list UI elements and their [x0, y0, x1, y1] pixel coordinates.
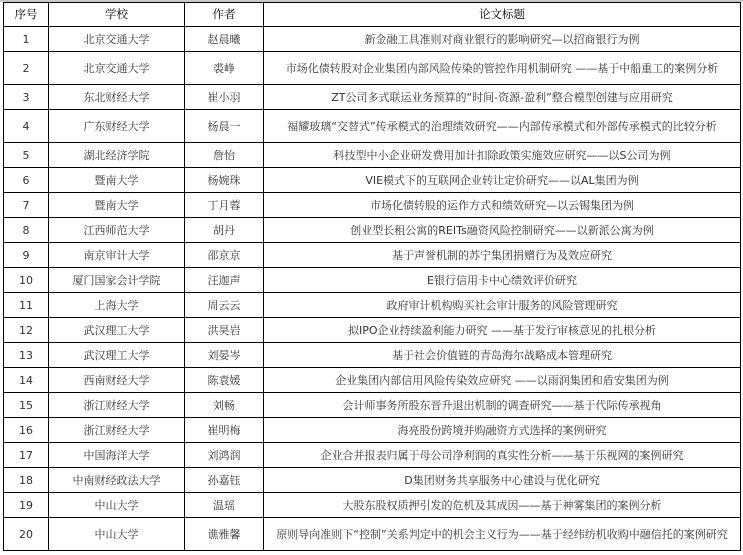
paper-title-cell: 拟IPO企业持续盈利能力研究 ——基于发行审核意见的扎根分析	[264, 318, 741, 343]
school-cell: 暨南大学	[49, 168, 185, 193]
paper-title-cell: 政府审计机构购买社会审计服务的风险管理研究	[264, 293, 741, 318]
author-cell: 谯雅馨	[185, 518, 264, 551]
school-cell: 湖北经济学院	[49, 143, 185, 168]
school-cell: 厦门国家会计学院	[49, 268, 185, 293]
row-number-cell: 1	[4, 27, 49, 52]
table-row: 14西南财经大学陈袁媛企业集团内部信用风险传染效应研究 ——以雨润集团和盾安集团…	[4, 368, 741, 393]
table-row: 3东北财经大学崔小羽ZT公司多式联运业务预算的“时间-资源-盈利”整合模型创建与…	[4, 85, 741, 110]
row-number-cell: 8	[4, 218, 49, 243]
table-row: 10厦门国家会计学院汪迦声E银行信用卡中心绩效评价研究	[4, 268, 741, 293]
table-row: 19中山大学温瑶大股东股权质押引发的危机及其成因——基于神雾集团的案例分析	[4, 493, 741, 518]
table-row: 1北京交通大学赵晨曦新金融工具准则对商业银行的影响研究—以招商银行为例	[4, 27, 741, 52]
school-cell: 中山大学	[49, 493, 185, 518]
table-row: 13武汉理工大学刘晏岑基于社会价值链的青岛海尔战略成本管理研究	[4, 343, 741, 368]
table-row: 17中国海洋大学刘鸿润企业合并报表归属于母公司净利润的真实性分析——基于乐视网的…	[4, 443, 741, 468]
table-row: 4广东财经大学杨晨一福耀玻璃“交替式”传承模式的治理绩效研究——内部传承模式和外…	[4, 110, 741, 143]
author-cell: 刘畅	[185, 393, 264, 418]
row-number-cell: 12	[4, 318, 49, 343]
paper-title-cell: 会计师事务所股东晋升退出机制的调查研究——基于代际传承视角	[264, 393, 741, 418]
school-cell: 浙江财经大学	[49, 393, 185, 418]
table-row: 7暨南大学丁月蓉市场化债转股的运作方式和绩效研究—以云锡集团为例	[4, 193, 741, 218]
school-cell: 暨南大学	[49, 193, 185, 218]
paper-title-cell: 原则导向准则下“控制”关系判定中的机会主义行为——基于经纬纺机收购中融信托的案例…	[264, 518, 741, 551]
paper-title-cell: 创业型长租公寓的REITs融资风险控制研究——以新派公寓为例	[264, 218, 741, 243]
paper-title-cell: 市场化债转股的运作方式和绩效研究—以云锡集团为例	[264, 193, 741, 218]
table-row: 20中山大学谯雅馨原则导向准则下“控制”关系判定中的机会主义行为——基于经纬纺机…	[4, 518, 741, 551]
author-cell: 刘鸿润	[185, 443, 264, 468]
author-cell: 崔小羽	[185, 85, 264, 110]
row-number-cell: 19	[4, 493, 49, 518]
table-row: 16浙江财经大学崔明梅海亮股份跨境并购融资方式选择的案例研究	[4, 418, 741, 443]
author-cell: 裘峥	[185, 52, 264, 85]
author-cell: 杨婉珠	[185, 168, 264, 193]
school-cell: 中山大学	[49, 518, 185, 551]
school-cell: 江西师范大学	[49, 218, 185, 243]
school-cell: 广东财经大学	[49, 110, 185, 143]
row-number-cell: 18	[4, 468, 49, 493]
author-cell: 周云云	[185, 293, 264, 318]
row-number-cell: 9	[4, 243, 49, 268]
school-cell: 南京审计大学	[49, 243, 185, 268]
school-cell: 中南财经政法大学	[49, 468, 185, 493]
row-number-cell: 7	[4, 193, 49, 218]
table-body: 1北京交通大学赵晨曦新金融工具准则对商业银行的影响研究—以招商银行为例2北京交通…	[4, 27, 741, 551]
table-row: 2北京交通大学裘峥市场化债转股对企业集团内部风险传染的管控作用机制研究 ——基于…	[4, 52, 741, 85]
table-row: 12武汉理工大学洪昊岩拟IPO企业持续盈利能力研究 ——基于发行审核意见的扎根分…	[4, 318, 741, 343]
author-cell: 杨晨一	[185, 110, 264, 143]
row-number-cell: 13	[4, 343, 49, 368]
table-row: 9南京审计大学邵京京基于声誉机制的苏宁集团捐赠行为及效应研究	[4, 243, 741, 268]
row-number-cell: 3	[4, 85, 49, 110]
author-cell: 刘晏岑	[185, 343, 264, 368]
paper-title-cell: 基于声誉机制的苏宁集团捐赠行为及效应研究	[264, 243, 741, 268]
row-number-cell: 11	[4, 293, 49, 318]
paper-title-cell: D集团财务共享服务中心建设与优化研究	[264, 468, 741, 493]
paper-title-cell: 基于社会价值链的青岛海尔战略成本管理研究	[264, 343, 741, 368]
paper-title-cell: VIE模式下的互联网企业转让定价研究——以AL集团为例	[264, 168, 741, 193]
author-cell: 崔明梅	[185, 418, 264, 443]
table-header-row: 序号 学校 作者 论文标题	[4, 3, 741, 27]
table-row: 11上海大学周云云政府审计机构购买社会审计服务的风险管理研究	[4, 293, 741, 318]
paper-title-cell: 新金融工具准则对商业银行的影响研究—以招商银行为例	[264, 27, 741, 52]
school-cell: 东北财经大学	[49, 85, 185, 110]
row-number-cell: 16	[4, 418, 49, 443]
paper-title-cell: 福耀玻璃“交替式”传承模式的治理绩效研究——内部传承模式和外部传承模式的比较分析	[264, 110, 741, 143]
school-cell: 武汉理工大学	[49, 318, 185, 343]
school-cell: 北京交通大学	[49, 52, 185, 85]
author-cell: 詹怡	[185, 143, 264, 168]
school-cell: 上海大学	[49, 293, 185, 318]
table-row: 15浙江财经大学刘畅会计师事务所股东晋升退出机制的调查研究——基于代际传承视角	[4, 393, 741, 418]
school-cell: 中国海洋大学	[49, 443, 185, 468]
header-number: 序号	[4, 3, 49, 27]
author-cell: 赵晨曦	[185, 27, 264, 52]
paper-title-cell: 科技型中小企业研发费用加计扣除政策实施效应研究——以S公司为例	[264, 143, 741, 168]
school-cell: 北京交通大学	[49, 27, 185, 52]
paper-title-cell: ZT公司多式联运业务预算的“时间-资源-盈利”整合模型创建与应用研究	[264, 85, 741, 110]
author-cell: 邵京京	[185, 243, 264, 268]
paper-title-cell: 大股东股权质押引发的危机及其成因——基于神雾集团的案例分析	[264, 493, 741, 518]
author-cell: 洪昊岩	[185, 318, 264, 343]
row-number-cell: 14	[4, 368, 49, 393]
table-row: 18中南财经政法大学孙嘉钰D集团财务共享服务中心建设与优化研究	[4, 468, 741, 493]
header-school: 学校	[49, 3, 185, 27]
author-cell: 汪迦声	[185, 268, 264, 293]
paper-title-cell: 市场化债转股对企业集团内部风险传染的管控作用机制研究 ——基于中船重工的案例分析	[264, 52, 741, 85]
school-cell: 浙江财经大学	[49, 418, 185, 443]
row-number-cell: 20	[4, 518, 49, 551]
table-row: 6暨南大学杨婉珠VIE模式下的互联网企业转让定价研究——以AL集团为例	[4, 168, 741, 193]
paper-title-cell: 企业集团内部信用风险传染效应研究 ——以雨润集团和盾安集团为例	[264, 368, 741, 393]
paper-title-cell: E银行信用卡中心绩效评价研究	[264, 268, 741, 293]
award-papers-table: 序号 学校 作者 论文标题 1北京交通大学赵晨曦新金融工具准则对商业银行的影响研…	[3, 2, 741, 551]
row-number-cell: 15	[4, 393, 49, 418]
row-number-cell: 2	[4, 52, 49, 85]
row-number-cell: 17	[4, 443, 49, 468]
author-cell: 孙嘉钰	[185, 468, 264, 493]
author-cell: 温瑶	[185, 493, 264, 518]
author-cell: 胡丹	[185, 218, 264, 243]
author-cell: 丁月蓉	[185, 193, 264, 218]
table-row: 5湖北经济学院詹怡科技型中小企业研发费用加计扣除政策实施效应研究——以S公司为例	[4, 143, 741, 168]
header-title: 论文标题	[264, 3, 741, 27]
header-author: 作者	[185, 3, 264, 27]
school-cell: 武汉理工大学	[49, 343, 185, 368]
row-number-cell: 4	[4, 110, 49, 143]
row-number-cell: 10	[4, 268, 49, 293]
row-number-cell: 5	[4, 143, 49, 168]
school-cell: 西南财经大学	[49, 368, 185, 393]
paper-title-cell: 企业合并报表归属于母公司净利润的真实性分析——基于乐视网的案例研究	[264, 443, 741, 468]
row-number-cell: 6	[4, 168, 49, 193]
table-row: 8江西师范大学胡丹创业型长租公寓的REITs融资风险控制研究——以新派公寓为例	[4, 218, 741, 243]
author-cell: 陈袁媛	[185, 368, 264, 393]
paper-title-cell: 海亮股份跨境并购融资方式选择的案例研究	[264, 418, 741, 443]
